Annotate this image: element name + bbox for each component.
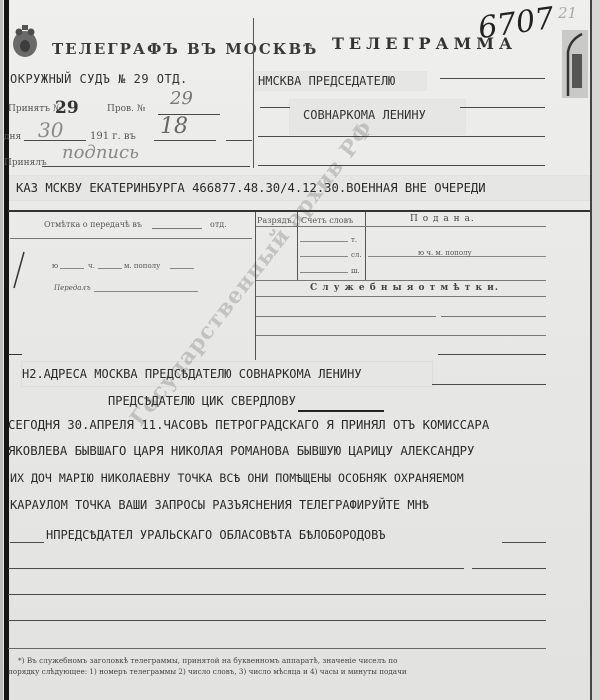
accepted-by-label: Принялъ bbox=[4, 158, 47, 168]
message-line-5: ИХ ДОЧ МАРІЮ НИКОЛАЕВНУ ТОЧКА ВСѢ ОНИ ПО… bbox=[10, 471, 464, 485]
footnote-rule bbox=[8, 648, 546, 649]
word-row-1: т. bbox=[351, 236, 357, 244]
transmitted-line bbox=[94, 291, 198, 292]
word-row-3: ш. bbox=[351, 267, 360, 275]
message-line-3: СЕГОДНЯ 30.АПРЕЛЯ 11.ЧАСОВЪ ПЕТРОГРАДСКА… bbox=[8, 418, 489, 432]
service-marks-rule-3 bbox=[256, 335, 546, 336]
time-hours-label: ч. bbox=[88, 262, 95, 270]
transmission-mark-label: Отмѣтка о передачѣ въ bbox=[44, 220, 142, 229]
service-marks-top-rule bbox=[256, 280, 546, 281]
address-rule-2b bbox=[460, 107, 545, 108]
service-marks-rule-2a bbox=[256, 316, 436, 317]
double-headed-eagle-icon bbox=[10, 22, 40, 62]
message-rule-1 bbox=[438, 354, 546, 355]
message-line-6: КАРАУЛОМ ТОЧКА ВАШИ ЗАПРОСЫ РАЗЪЯСНЕНИЯ … bbox=[10, 498, 429, 512]
time-prefix: ю bbox=[52, 262, 58, 270]
message-rule-sign-left bbox=[10, 542, 44, 543]
archive-number-handwritten: 6707 bbox=[476, 1, 556, 46]
word-line-2 bbox=[300, 256, 348, 257]
time-handwritten: 18 bbox=[160, 114, 188, 139]
message-rule-2 bbox=[432, 384, 546, 385]
address-rule-3 bbox=[258, 136, 545, 137]
transmission-mark-rule bbox=[10, 238, 252, 239]
archive-stamp bbox=[562, 30, 588, 98]
address-rule-4 bbox=[258, 165, 545, 166]
date-label: дня bbox=[4, 132, 21, 142]
col-divider-2 bbox=[365, 212, 366, 280]
blank-rule-1b bbox=[472, 568, 546, 569]
header-divider bbox=[253, 18, 254, 168]
page-number-handwritten: 21 bbox=[558, 4, 577, 22]
transmission-mark-suffix: отд. bbox=[210, 220, 227, 229]
blank-rule-3 bbox=[8, 620, 546, 621]
blank-rule-2 bbox=[8, 594, 546, 595]
telegraph-office-title: ТЕЛЕГРАФЪ ВЪ МОСКВѢ bbox=[52, 40, 318, 58]
blank-rule-1a bbox=[8, 568, 464, 569]
scan-right-edge bbox=[592, 0, 600, 700]
address-line-1: НМСКВА ПРЕДСЕДАТЕЛЮ bbox=[258, 74, 395, 88]
accepted-by-signature: подпись bbox=[62, 142, 139, 163]
accepted-by-line bbox=[42, 166, 250, 167]
message-rule-sign-right bbox=[502, 542, 546, 543]
transmission-mark-line bbox=[152, 228, 202, 229]
received-label: Принятъ № bbox=[8, 104, 61, 114]
year-label: 191 г. въ bbox=[90, 131, 136, 142]
telegram-document: ТЕЛЕГРАФЪ ВЪ МОСКВѢ ОКРУЖНЫЙ СУДЪ № 29 О… bbox=[0, 0, 600, 700]
office-stamp: ОКРУЖНЫЙ СУДЪ № 29 ОТД. bbox=[10, 72, 188, 86]
col-submitted: П о д а н а. bbox=[410, 214, 475, 224]
service-header: КАЗ МСКВУ ЕКАТЕРИНБУРГА 466877.48.30/4.1… bbox=[16, 181, 486, 195]
date-handwritten: 30 bbox=[38, 118, 63, 142]
message-line-4: ЯКОВЛЕВА БЫВШАГО ЦАРЯ НИКОЛАЯ РОМАНОВА Б… bbox=[8, 444, 474, 458]
service-marks-rule-1 bbox=[256, 296, 546, 297]
ampm-line bbox=[170, 268, 194, 269]
service-marks-label: С л у ж е б н ы я о т м ѣ т к и. bbox=[310, 283, 499, 293]
scan-left-edge bbox=[0, 0, 3, 700]
stamp-mark-icon bbox=[562, 30, 588, 98]
time-line bbox=[154, 140, 216, 141]
transmission-label: Пров. № bbox=[107, 104, 145, 114]
received-number: 29 bbox=[55, 98, 79, 118]
address-rule-1 bbox=[440, 78, 545, 79]
message-line-7: НПРЕДСѢДАТЕЛ УРАЛЬСКАГО ОБЛАСОВѢТА БѢЛОБ… bbox=[46, 528, 386, 542]
footnote-line-2: порядку слѣдующее: 1) номеръ телеграммы … bbox=[8, 667, 407, 676]
hours-line bbox=[60, 268, 84, 269]
signature-underline bbox=[298, 410, 384, 412]
submitted-time-labels: ю ч. м. пополу bbox=[418, 249, 472, 257]
address-rule-2a bbox=[260, 107, 290, 108]
transmission-number-handwritten: 29 bbox=[170, 88, 193, 109]
word-row-2: сл. bbox=[351, 251, 362, 259]
pencil-slash-mark bbox=[12, 250, 26, 290]
time-line-end bbox=[226, 140, 252, 141]
footnote-line-1: *) Въ служебномъ заголовкѣ телеграммы, п… bbox=[18, 656, 397, 665]
word-line-1 bbox=[300, 241, 348, 242]
message-rule-start bbox=[8, 354, 22, 355]
minutes-line bbox=[98, 268, 122, 269]
time-minutes-label: м. пополу bbox=[124, 262, 160, 270]
word-line-3 bbox=[300, 272, 348, 273]
service-marks-rule-2b bbox=[441, 316, 546, 317]
transmitted-label: Передалъ bbox=[54, 284, 91, 292]
